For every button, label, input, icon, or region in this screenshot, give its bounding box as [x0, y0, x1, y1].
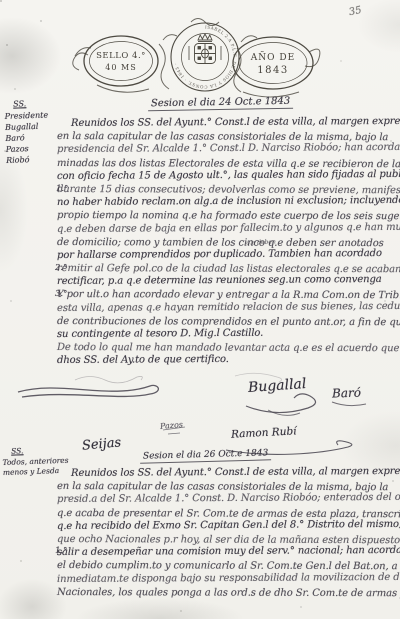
shield-icon — [189, 44, 221, 64]
royal-coat-of-arms-seal: ISABEL 2.A P.L.G. DE DIOS Y LA CONST. · … — [171, 23, 239, 91]
sello-oval-stamp: SELLO 4.° 40 MS — [84, 36, 158, 86]
manuscript-line: Nacionales, los quales ponga a las ord.s… — [57, 586, 398, 600]
scan-noise — [0, 0, 2, 2]
interline-insertion: q.e deben — [246, 238, 276, 246]
faint-scribble-left — [75, 376, 142, 382]
manuscript-line: salir a desempeñar una comision muy del … — [57, 544, 398, 559]
year-label: AÑO DE — [250, 51, 295, 63]
session2-minutes-text: Reunidos los SS. del Ayunt.° Const.l de … — [57, 467, 398, 599]
manuscript-line: Reunidos los SS. del Ayunt.° Const.l de … — [57, 115, 398, 130]
baro-flourish-icon — [332, 402, 366, 406]
page-number: 35 — [348, 5, 363, 18]
manuscript-line: inmediatam.te disponga bajo su responsab… — [57, 570, 398, 585]
stamp-block: SELLO 4.° 40 MS ISABEL 2.A P.L.G. DE DIO… — [45, 12, 335, 104]
session2-attendee-list: SS.Todos, anterioresmenos y Lesda — [2, 445, 57, 478]
manuscript-line: esta villa, apenas q.e hayan remitido re… — [57, 300, 398, 315]
manuscript-line: presidencia del Sr. Alcalde 1.° Const.l … — [57, 141, 398, 156]
crown-icon — [198, 34, 212, 42]
manuscript-line: por hallarse comprendidos por duplicado.… — [57, 247, 398, 262]
sello-value: 40 MS — [105, 63, 136, 72]
session1-header: Sesion el dia 24 Oct.e 1843 — [148, 96, 293, 112]
bugallal-flourish-icon — [246, 394, 316, 413]
manuscript-line: presid.a del Sr. Alcalde 1.° Const. D. N… — [57, 491, 398, 506]
manuscript-line: q.e deben darse de baja en ellas por fal… — [57, 220, 398, 235]
signature-baro: Baró — [332, 385, 361, 400]
year-oval-stamp: AÑO DE 1843 — [233, 37, 313, 89]
manuscript-line: Reunidos los SS. del Ayunt.° Const.l de … — [57, 465, 398, 480]
session1-minutes-text: Reunidos los SS. del Ayunt.° Const.l de … — [57, 117, 398, 368]
attendee-name: SS. — [4, 97, 58, 110]
manuscript-line: dhos SS. del Ay.to de que certifico. — [57, 352, 398, 367]
manuscript-page: 35 SELLO 4.° 40 MS — [0, 0, 400, 619]
manuscript-line: rectificar, p.a q.e determine las reunio… — [57, 273, 398, 288]
manuscript-line: su contingente al tesoro D. Mig.l Castil… — [57, 326, 398, 341]
year-value: 1843 — [257, 65, 288, 76]
manuscript-line: no haber habido reclam.on alg.a de inclu… — [57, 194, 398, 209]
sello-label: SELLO 4.° — [96, 51, 146, 61]
attendee-name: Riobó — [6, 153, 60, 166]
manuscript-line: con oficio fecha 15 de Agosto ult.°, las… — [57, 168, 398, 183]
manuscript-line: q.e ha recibido del Exmo Sr. Capitan Gen… — [57, 518, 398, 533]
attendee-note: SS. — [2, 445, 56, 457]
attendee-note: menos y Lesda — [3, 466, 57, 478]
session1-attendee-list: SS.PresidenteBugallalBaróPazosRiobó — [4, 97, 60, 166]
signature-rubric-icon — [18, 385, 158, 397]
